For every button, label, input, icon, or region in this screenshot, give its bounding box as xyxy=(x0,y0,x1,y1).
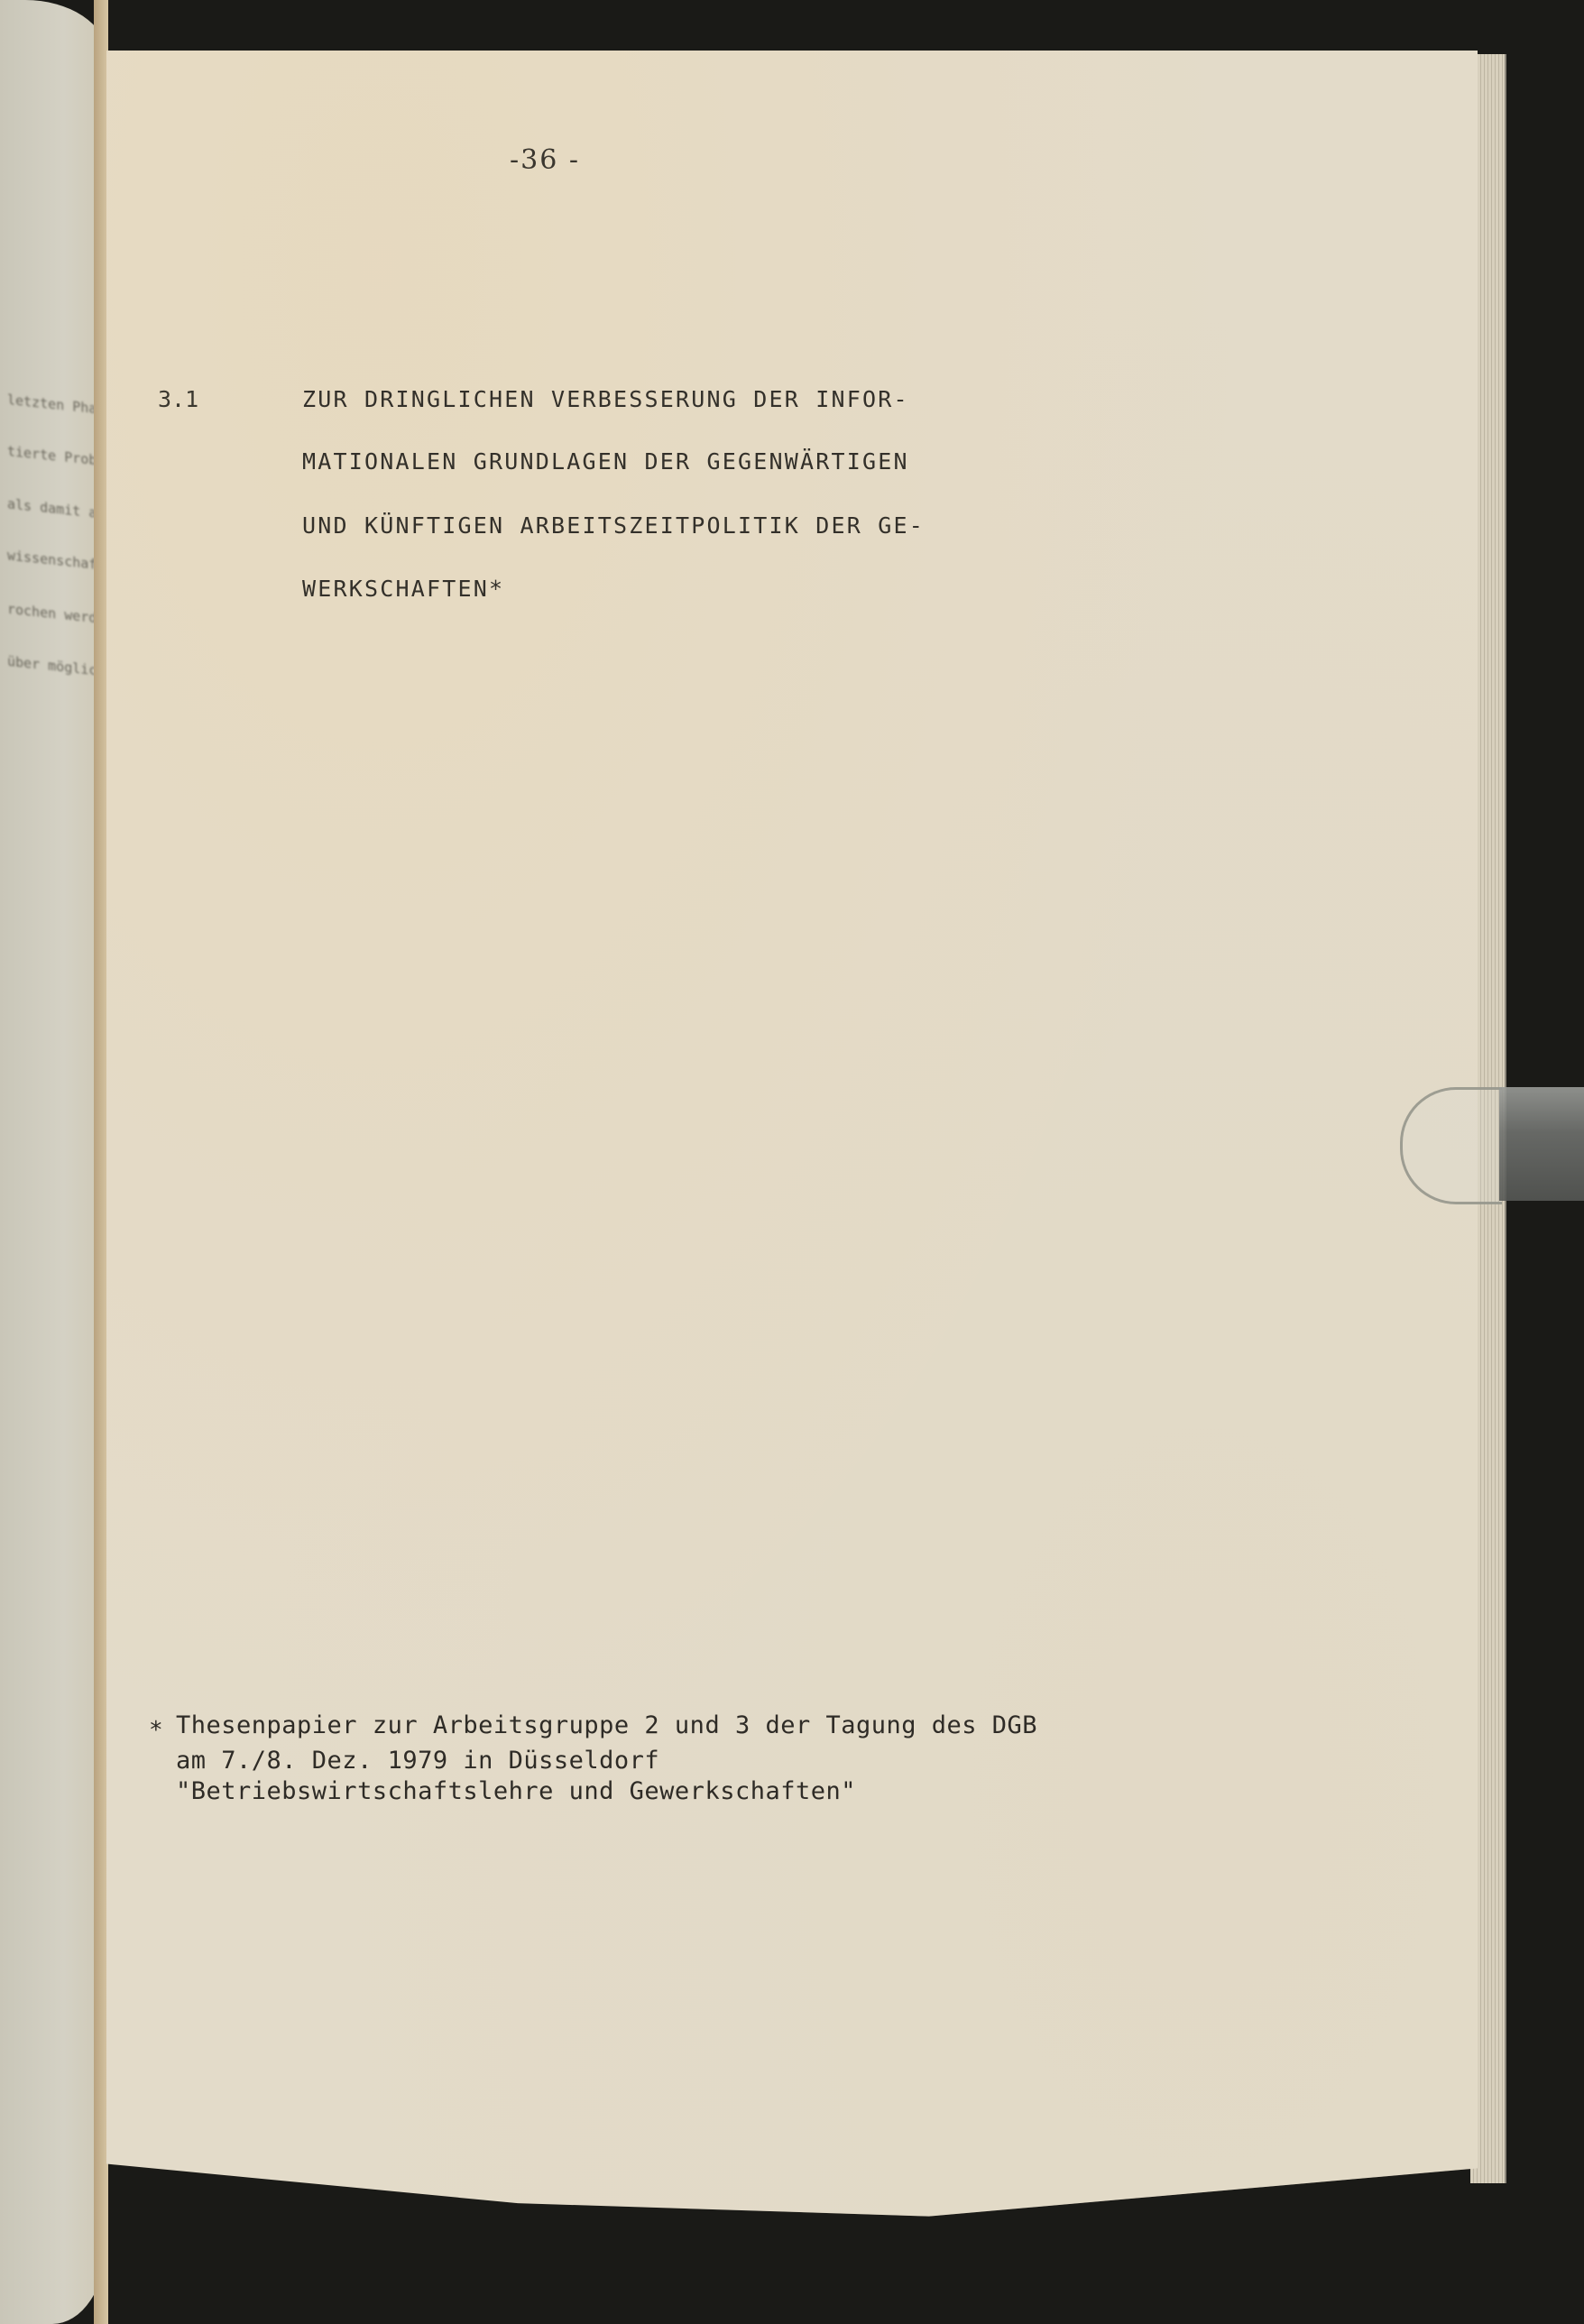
footnote-line: Thesenpapier zur Arbeitsgruppe 2 und 3 d… xyxy=(176,1711,1037,1739)
section-number: 3.1 xyxy=(158,386,198,412)
section-heading-line: MATIONALEN GRUNDLAGEN DER GEGENWÄRTIGEN xyxy=(302,448,909,475)
page-clip xyxy=(1400,1087,1584,1204)
footnote-marker: * xyxy=(149,1717,163,1744)
clip-loop xyxy=(1400,1087,1502,1204)
section-heading-line: WERKSCHAFTEN* xyxy=(302,576,504,602)
section-heading-line: ZUR DRINGLICHEN VERBESSERUNG DER INFOR- xyxy=(302,386,909,412)
footnote-line: am 7./8. Dez. 1979 in Düsseldorf xyxy=(176,1747,659,1775)
clip-bar xyxy=(1499,1087,1584,1201)
section-heading-line: UND KÜNFTIGEN ARBEITSZEITPOLITIK DER GE- xyxy=(302,512,925,539)
page-number: -36 - xyxy=(510,144,580,176)
document-page xyxy=(106,51,1478,2234)
book-gutter xyxy=(94,0,108,2324)
footnote-line: "Betriebswirtschaftslehre und Gewerkscha… xyxy=(176,1777,856,1805)
facing-left-page: letzten Phase tierte Probleme als damit … xyxy=(0,0,106,2324)
